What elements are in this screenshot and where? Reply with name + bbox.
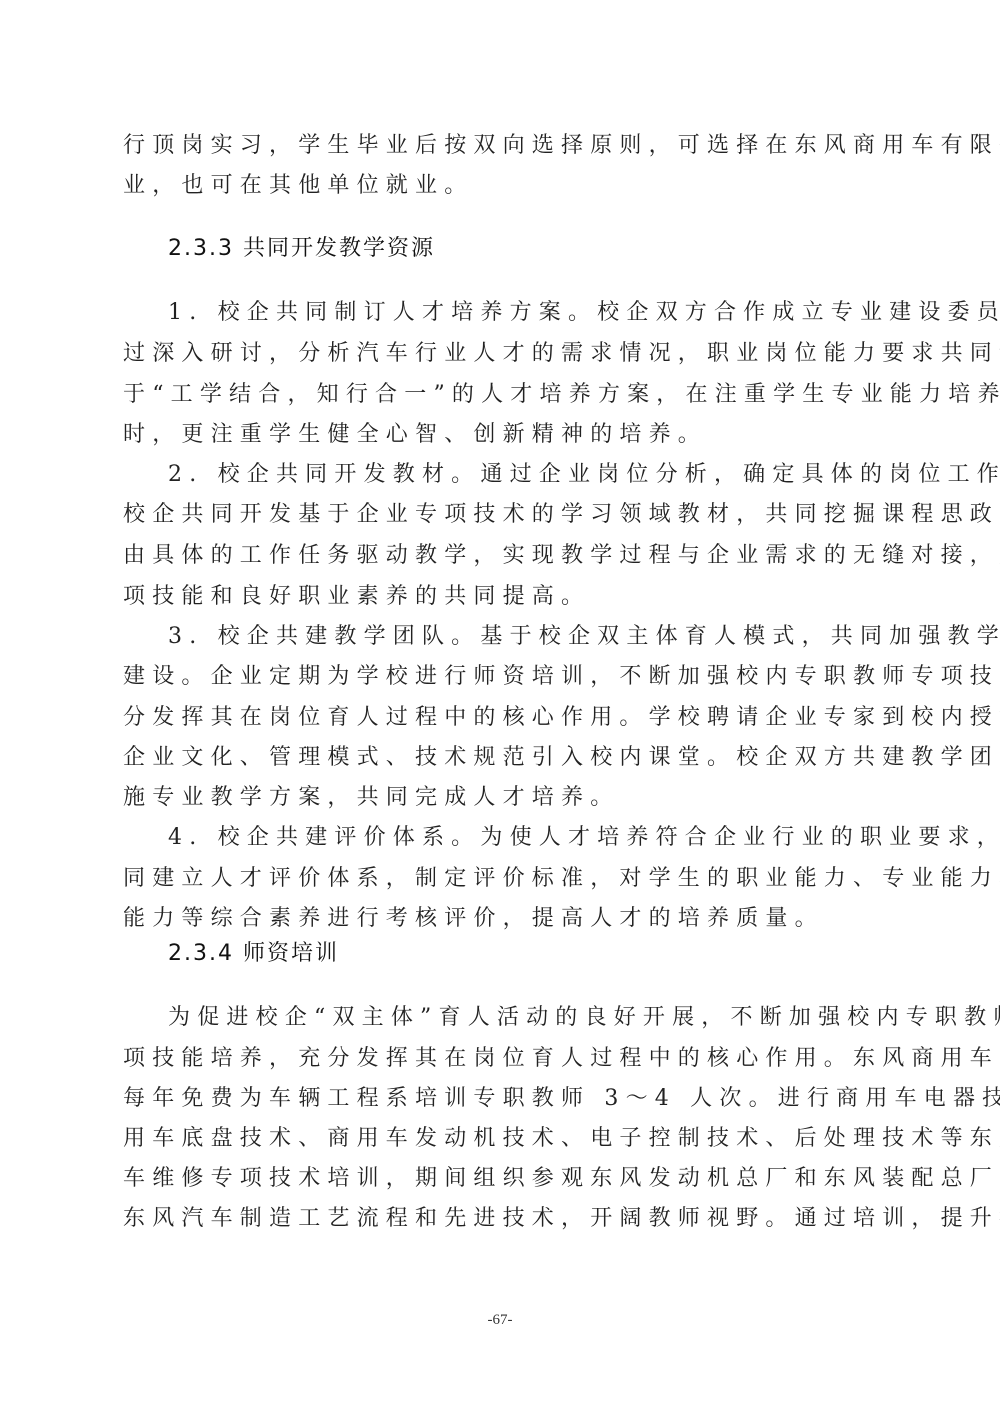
text-line: 过深入研讨，分析汽车行业人才的需求情况，职业岗位能力要求共同制定基 <box>123 339 883 369</box>
text-line: 同建立人才评价体系，制定评价标准，对学生的职业能力、专业能力、社会 <box>123 864 883 894</box>
text-line: 1. 校企共同制订人才培养方案。校企双方合作成立专业建设委员会，通 <box>168 298 883 328</box>
text-line: 行顶岗实习，学生毕业后按双向选择原则，可选择在东风商用车有限公司就 <box>123 131 883 161</box>
text-line: 4. 校企共建评价体系。为使人才培养符合企业行业的职业要求，校企共 <box>168 823 883 853</box>
text-line: 车维修专项技术培训，期间组织参观东风发动机总厂和东风装配总厂，了解 <box>123 1164 883 1194</box>
text-line: 企业文化、管理模式、技术规范引入校内课堂。校企双方共建教学团队，实 <box>123 743 883 773</box>
text-line: 于“工学结合，知行合一”的人才培养方案，在注重学生专业能力培养的同 <box>123 380 883 410</box>
text-line: 3. 校企共建教学团队。基于校企双主体育人模式，共同加强教学团队的 <box>168 622 883 652</box>
text-line: 业，也可在其他单位就业。 <box>123 171 883 201</box>
document-page: 行顶岗实习，学生毕业后按双向选择原则，可选择在东风商用车有限公司就 业，也可在其… <box>0 0 1000 1414</box>
text-line: 由具体的工作任务驱动教学，实现教学过程与企业需求的无缝对接，实现专 <box>123 541 883 571</box>
section-heading-2-3-3: 2.3.3 共同开发教学资源 <box>168 234 435 264</box>
text-line: 2. 校企共同开发教材。通过企业岗位分析，确定具体的岗位工作任务， <box>168 460 883 490</box>
text-line: 项技能培养，充分发挥其在岗位育人过程中的核心作用。东风商用车总公司 <box>123 1044 883 1074</box>
text-line: 建设。企业定期为学校进行师资培训，不断加强校内专职教师专项技能，充 <box>123 662 883 692</box>
text-line: 每年免费为车辆工程系培训专职教师 3～4 人次。进行商用车电器技术、商 <box>123 1084 883 1114</box>
text-line: 东风汽车制造工艺流程和先进技术，开阔教师视野。通过培训，提升教师专 <box>123 1204 883 1234</box>
text-line: 用车底盘技术、商用车发动机技术、电子控制技术、后处理技术等东风商用 <box>123 1124 883 1154</box>
text-line: 时，更注重学生健全心智、创新精神的培养。 <box>123 420 883 450</box>
text-line: 为促进校企“双主体”育人活动的良好开展，不断加强校内专职教师专 <box>168 1003 883 1033</box>
text-line: 分发挥其在岗位育人过程中的核心作用。学校聘请企业专家到校内授课，将 <box>123 703 883 733</box>
text-line: 校企共同开发基于企业专项技术的学习领域教材，共同挖掘课程思政内容， <box>123 500 883 530</box>
page-number: -67- <box>0 1312 1000 1329</box>
section-heading-2-3-4: 2.3.4 师资培训 <box>168 939 339 969</box>
text-line: 能力等综合素养进行考核评价，提高人才的培养质量。 <box>123 904 883 934</box>
text-line: 项技能和良好职业素养的共同提高。 <box>123 582 883 612</box>
text-line: 施专业教学方案，共同完成人才培养。 <box>123 783 883 813</box>
